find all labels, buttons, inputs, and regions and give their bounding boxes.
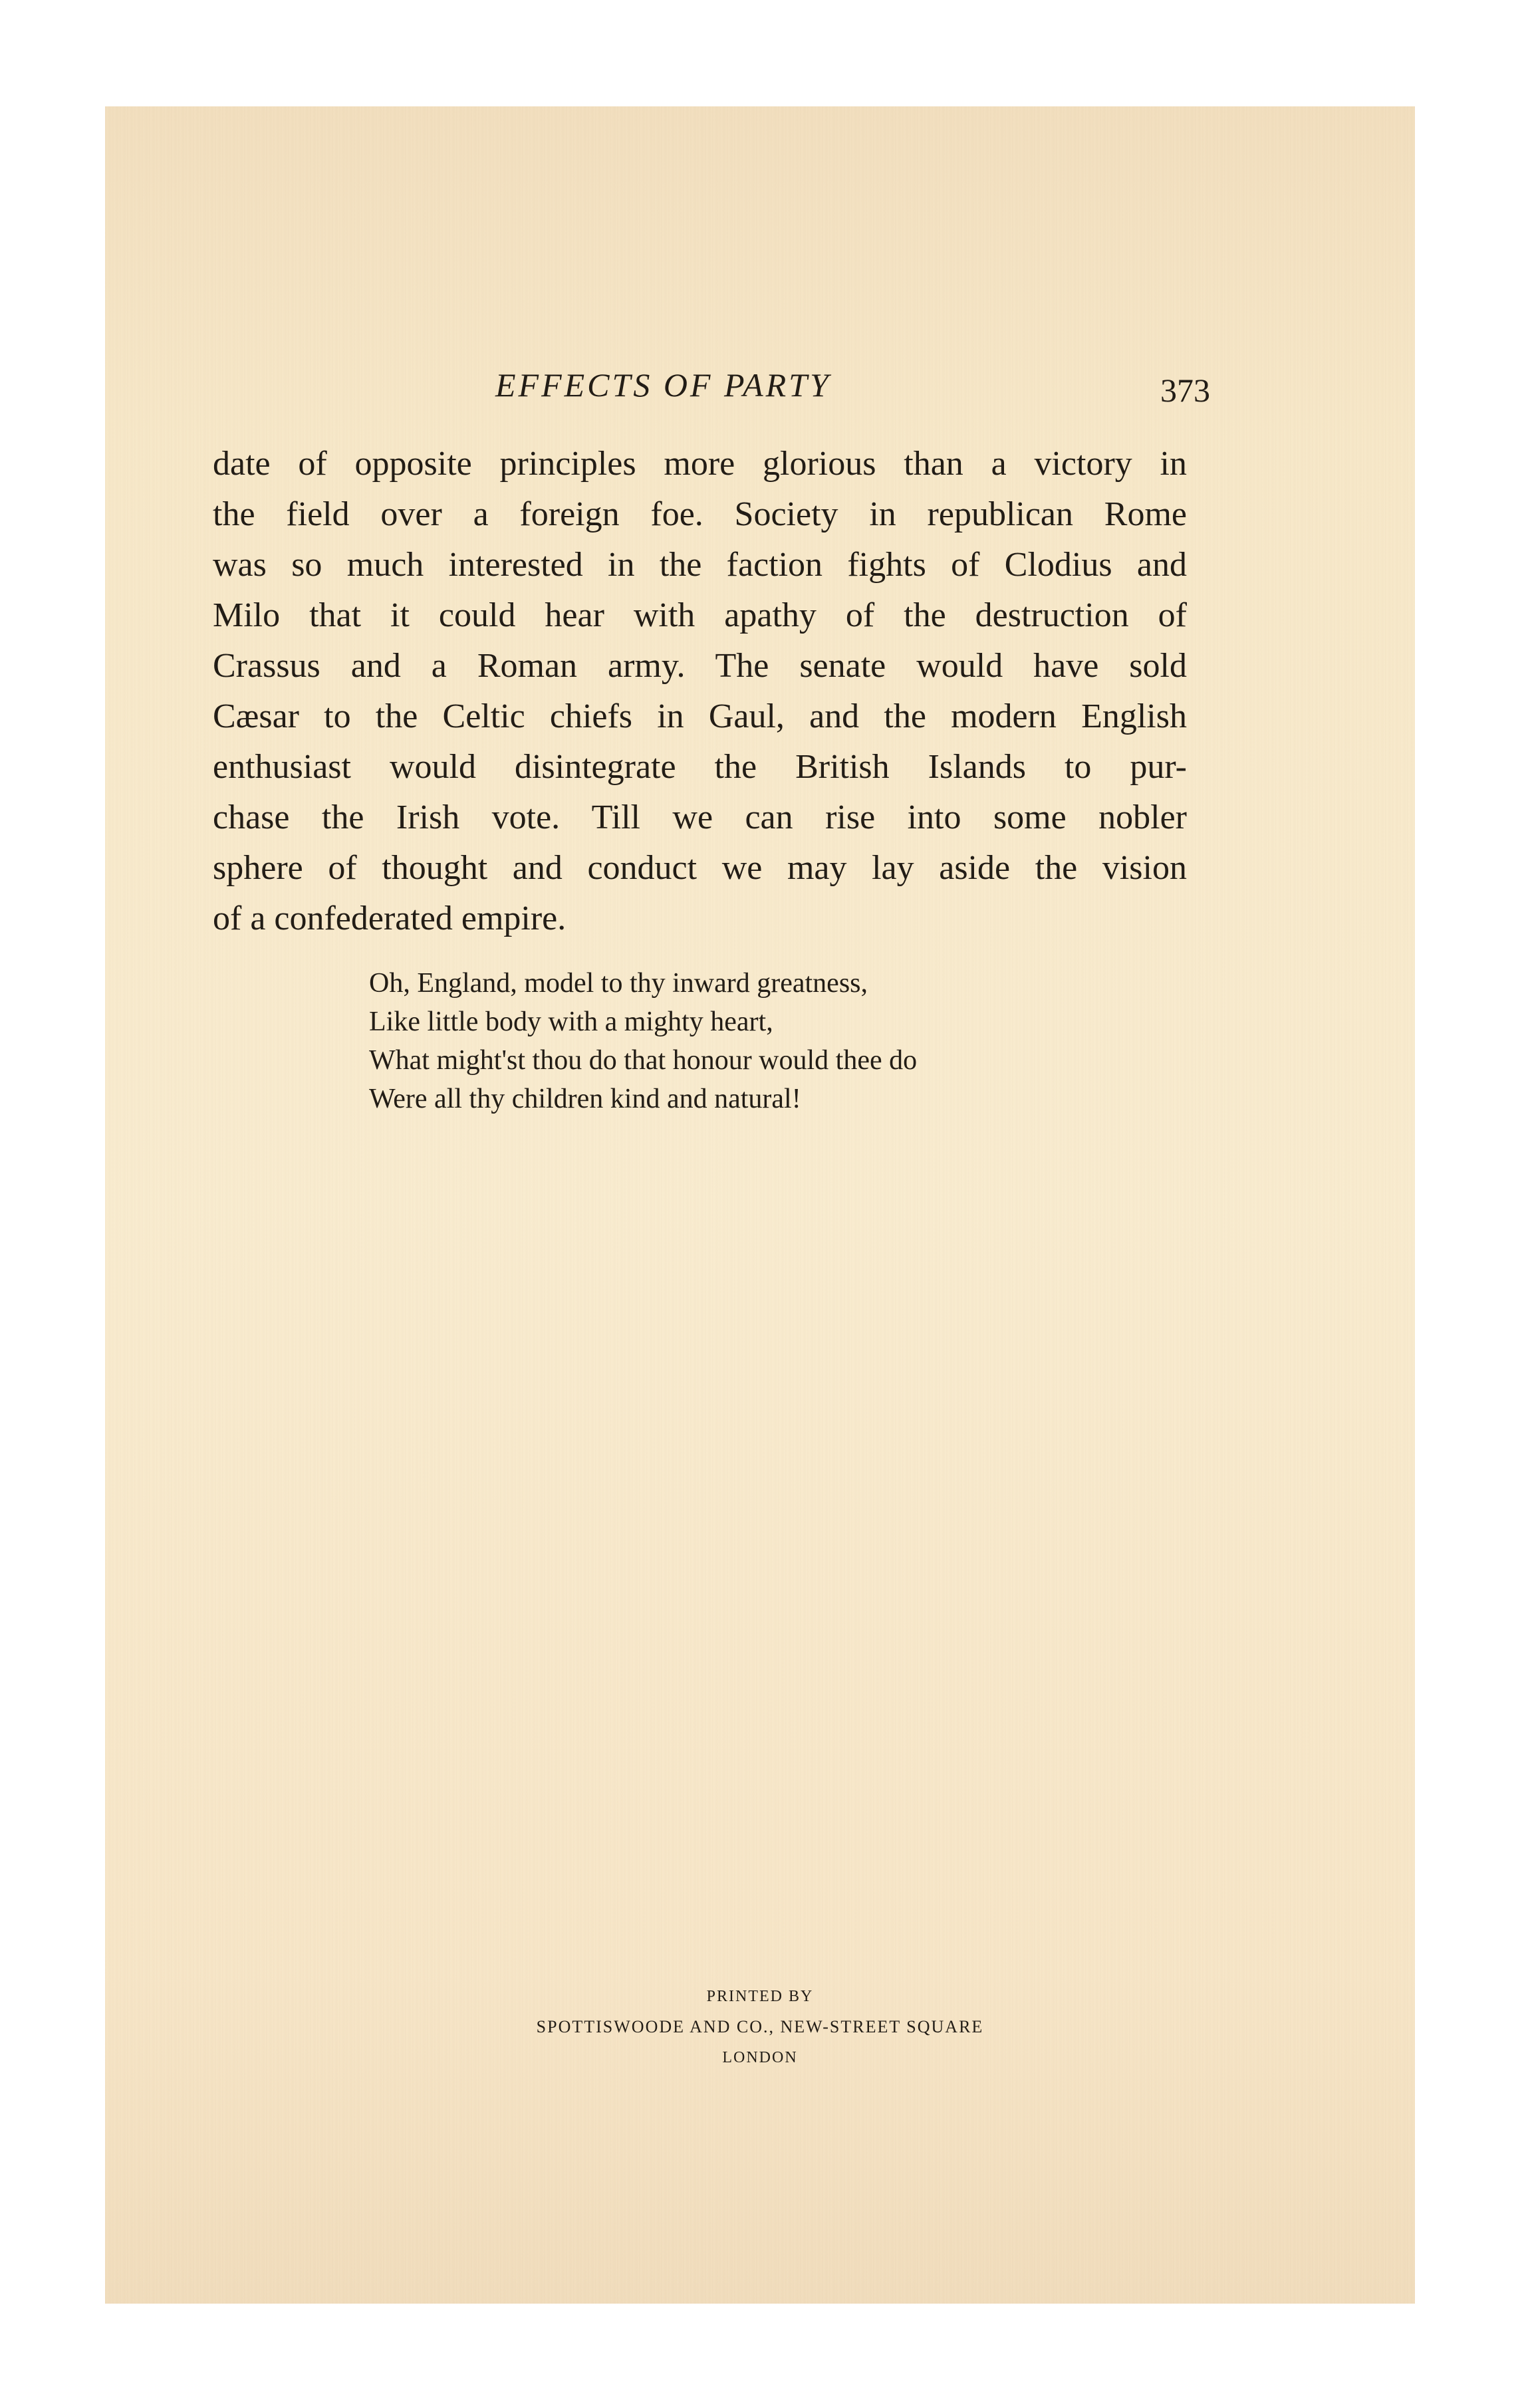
printer-imprint: PRINTED BY SPOTTISWOODE AND CO., NEW-STR… [105,1981,1415,2073]
body-paragraph: date of opposite principles more gloriou… [213,439,1187,944]
verse-line: Were all thy children kind and natural! [369,1080,917,1118]
text-line: enthusiast would disintegrate the Britis… [213,742,1187,792]
text-line: Milo that it could hear with apathy of t… [213,590,1187,641]
verse-line: What might'st thou do that honour would … [369,1041,917,1080]
book-page: EFFECTS OF PARTY 373 date of opposite pr… [105,106,1415,2304]
text-line: Crassus and a Roman army. The senate wou… [213,641,1187,691]
text-line: chase the Irish vote. Till we can rise i… [213,792,1187,843]
text-line: of a confederated empire. [213,894,1187,944]
text-line: date of opposite principles more gloriou… [213,439,1187,489]
imprint-city: LONDON [105,2042,1415,2073]
imprint-printed-by: PRINTED BY [105,1981,1415,2012]
text-line: sphere of thought and conduct we may lay… [213,843,1187,894]
running-head: EFFECTS OF PARTY 373 [105,366,1415,412]
imprint-printer-address: SPOTTISWOODE AND CO., NEW-STREET SQUARE [105,2012,1415,2042]
text-line: the field over a foreign foe. Society in… [213,489,1187,540]
text-line: Cæsar to the Celtic chiefs in Gaul, and … [213,691,1187,742]
text-line: was so much interested in the faction fi… [213,540,1187,590]
page-number: 373 [1160,371,1210,410]
verse-line: Like little body with a mighty heart, [369,1003,917,1041]
running-title: EFFECTS OF PARTY [495,366,831,404]
verse-line: Oh, England, model to thy inward greatne… [369,964,917,1003]
verse-quotation: Oh, England, model to thy inward greatne… [369,964,917,1118]
